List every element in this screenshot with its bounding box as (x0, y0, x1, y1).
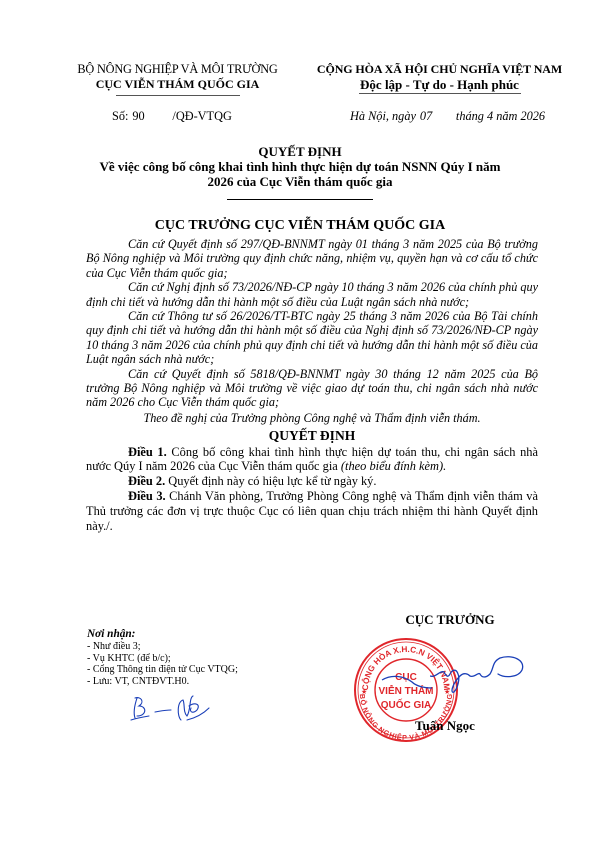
ministry-name: BỘ NÔNG NGHIỆP VÀ MÔI TRƯỜNG (55, 62, 300, 77)
legal-basis-2: Căn cứ Nghị định số 73/2026/NĐ-CP ngày 1… (86, 280, 538, 309)
date-suffix: tháng 4 năm 2026 (456, 109, 545, 123)
nation-name: CỘNG HÒA XÃ HỘI CHỦ NGHĨA VIỆT NAM (297, 62, 582, 77)
initials-signature-icon (125, 690, 215, 730)
agency-underline (116, 95, 240, 96)
article-1-note: (theo biểu đính kèm). (341, 459, 446, 473)
legal-basis-3: Căn cứ Thông tư số 26/2026/TT-BTC ngày 2… (86, 309, 538, 367)
issuing-authority-header: BỘ NÔNG NGHIỆP VÀ MÔI TRƯỜNG CỤC VIỄN TH… (55, 62, 300, 96)
recipient-item: - Lưu: VT, CNTĐVT.H0. (87, 676, 307, 688)
date-day: 07 (416, 109, 456, 124)
national-motto: Độc lập - Tự do - Hạnh phúc (297, 77, 582, 92)
article-2: Điều 2. Quyết định này có hiệu lực kể từ… (86, 474, 538, 489)
svg-text:VIỄN THÁM: VIỄN THÁM (379, 684, 434, 697)
article-3: Điều 3. Chánh Văn phòng, Trưởng Phòng Cô… (86, 489, 538, 533)
signer-name: Tuấn Ngọc (415, 718, 535, 734)
document-number: Số:90/QĐ-VTQG (112, 109, 232, 124)
place-and-date: Hà Nội, ngày07tháng 4 năm 2026 (350, 109, 545, 124)
recipient-item: - Như điều 3; (87, 641, 307, 653)
svg-text:CỤC: CỤC (395, 672, 417, 683)
decision-heading: QUYẾT ĐỊNH (86, 429, 538, 443)
article-2-text: Quyết định này có hiệu lực kể từ ngày ký… (165, 474, 376, 488)
legal-basis-4: Căn cứ Quyết định số 5818/QĐ-BNNMT ngày … (86, 367, 538, 410)
recipient-item: - Cổng Thông tin điện tử Cục VTQG; (87, 664, 307, 676)
document-type: QUYẾT ĐỊNH (60, 144, 540, 159)
motto-underline (359, 93, 521, 94)
document-subject-line-2: 2026 của Cục Viễn thám quốc gia (60, 174, 540, 189)
recipients-block: Nơi nhận: - Như điều 3; - Vụ KHTC (để b/… (87, 628, 307, 687)
date-prefix: Hà Nội, ngày (350, 109, 416, 123)
doc-number-suffix: /QĐ-VTQG (172, 109, 231, 123)
document-body: Căn cứ Quyết định số 297/QĐ-BNNMT ngày 0… (86, 237, 538, 533)
proposal-line: Theo đề nghị của Trưởng phòng Công nghệ … (86, 411, 538, 425)
recipient-item: - Vụ KHTC (để b/c); (87, 653, 307, 665)
signer-title: CỤC TRƯỞNG (380, 612, 520, 628)
recipients-heading: Nơi nhận: (87, 628, 307, 641)
document-title-block: QUYẾT ĐỊNH Về việc công bố công khai tìn… (60, 144, 540, 200)
svg-text:★: ★ (361, 688, 367, 696)
handwritten-signature-icon (430, 648, 530, 698)
issuing-authority-title: CỤC TRƯỞNG CỤC VIỄN THÁM QUỐC GIA (60, 218, 540, 234)
national-header: CỘNG HÒA XÃ HỘI CHỦ NGHĨA VIỆT NAM Độc l… (297, 62, 582, 94)
article-1-label: Điều 1. (128, 445, 167, 459)
document-subject-line-1: Về việc công bố công khai tình hình thực… (60, 159, 540, 174)
article-3-label: Điều 3. (128, 489, 166, 503)
doc-number-prefix: Số: (112, 109, 128, 123)
title-divider (227, 199, 373, 200)
article-1: Điều 1. Công bố công khai tình hình thực… (86, 445, 538, 475)
article-2-label: Điều 2. (128, 474, 165, 488)
svg-text:QUỐC GIA: QUỐC GIA (381, 697, 432, 711)
doc-number-value: 90 (128, 109, 172, 124)
agency-name: CỤC VIỄN THÁM QUỐC GIA (55, 77, 300, 92)
legal-basis-1: Căn cứ Quyết định số 297/QĐ-BNNMT ngày 0… (86, 237, 538, 280)
